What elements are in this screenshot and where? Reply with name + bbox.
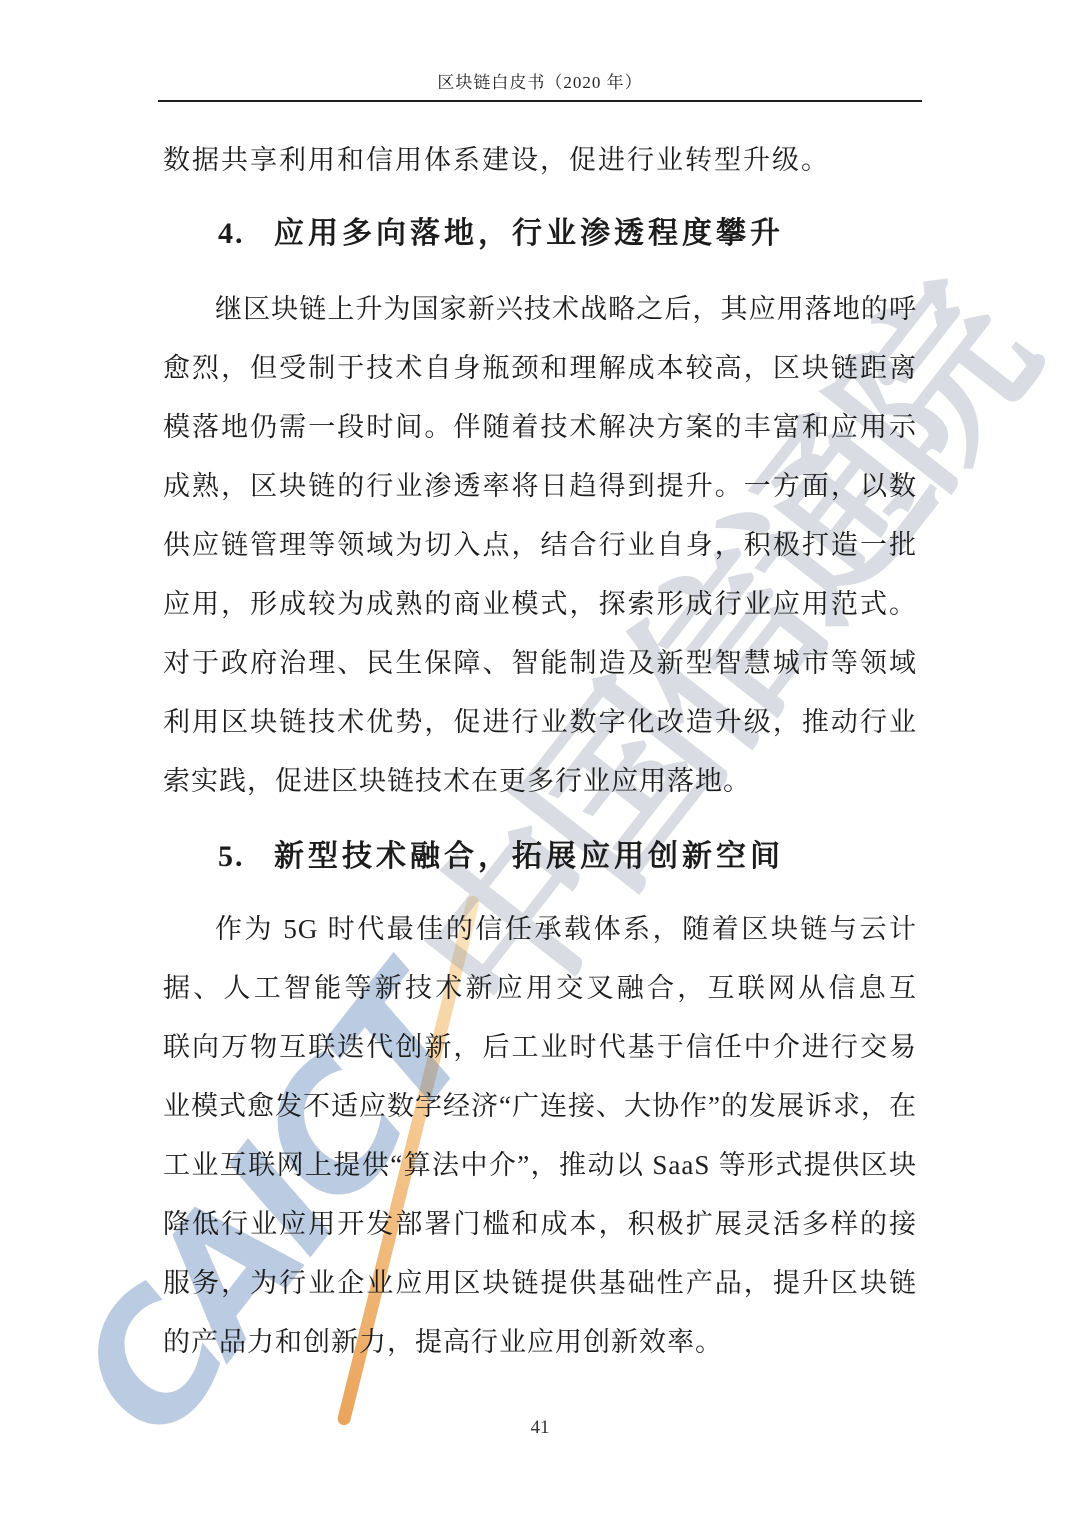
body-line: 利用区块链技术优势，促进行业数字化改造升级，推动行业全方位探 xyxy=(163,693,917,752)
body-line: 据、人工智能等新技术新应用交叉融合，互联网从信息互联、人人互 xyxy=(163,959,917,1018)
section-4-paragraph: 继区块链上升为国家新兴技术战略之后，其应用落地的呼声愈演 愈烈，但受制于技术自身… xyxy=(163,280,917,811)
section-4-title: 应用多向落地，行业渗透程度攀升 xyxy=(274,212,784,256)
body-line: 降低行业应用开发部署门槛和成本，积极扩展灵活多样的接入和增值 xyxy=(163,1195,917,1254)
paragraph-continuation-line: 数据共享利用和信用体系建设，促进行业转型升级。 xyxy=(163,138,917,182)
section-5-title: 新型技术融合，拓展应用创新空间 xyxy=(274,835,784,879)
section-heading-5: 5. 新型技术融合，拓展应用创新空间 xyxy=(163,835,917,879)
body-line: 索实践，促进区块链技术在更多行业应用落地。 xyxy=(163,752,917,811)
page-number: 41 xyxy=(0,1416,1080,1440)
body-line: 成熟，区块链的行业渗透率将日趋得到提升。一方面，以数字金融、 xyxy=(163,457,917,516)
section-4-number: 4. xyxy=(218,212,245,256)
body-line: 模落地仍需一段时间。伴随着技术解决方案的丰富和应用示范标杆的 xyxy=(163,398,917,457)
body-line: 继区块链上升为国家新兴技术战略之后，其应用落地的呼声愈演 xyxy=(163,280,917,339)
body-line: 愈烈，但受制于技术自身瓶颈和理解成本较高，区块链距离真正大规 xyxy=(163,339,917,398)
section-heading-4: 4. 应用多向落地，行业渗透程度攀升 xyxy=(163,212,917,256)
section-5-number: 5. xyxy=(218,835,245,879)
body-line: 联向万物互联迭代创新，后工业时代基于信任中介进行交易契约的商 xyxy=(163,1018,917,1077)
section-5-paragraph: 作为 5G 时代最佳的信任承载体系，随着区块链与云计算、大数 据、人工智能等新技… xyxy=(163,900,917,1372)
body-line: 作为 5G 时代最佳的信任承载体系，随着区块链与云计算、大数 xyxy=(163,900,917,959)
body-line: 业模式愈发不适应数字经济“广连接、大协作”的发展诉求，在互联网、 xyxy=(163,1077,917,1136)
body-line: 供应链管理等领域为切入点，结合行业自身，积极打造一批行业示范 xyxy=(163,516,917,575)
body-line: 服务，为行业企业应用区块链提供基础性产品，提升区块链服务企业 xyxy=(163,1254,917,1313)
text-column: 数据共享利用和信用体系建设，促进行业转型升级。 4. 应用多向落地，行业渗透程度… xyxy=(163,138,917,1372)
body-line: 对于政府治理、民生保障、智能制造及新型智慧城市等领域全面布局， xyxy=(163,634,917,693)
header-rule-divider xyxy=(158,100,922,102)
page-content: 区块链白皮书（2020 年） 数据共享利用和信用体系建设，促进行业转型升级。 4… xyxy=(0,72,1080,1440)
document-page: CAICT 中国信通院 区块链白皮书（2020 年） 数据共享利用和信用体系建设… xyxy=(0,0,1080,1528)
body-line: 应用，形成较为成熟的商业模式，探索形成行业应用范式。另一方面， xyxy=(163,575,917,634)
body-line: 的产品力和创新力，提高行业应用创新效率。 xyxy=(163,1313,917,1372)
body-line: 工业互联网上提供“算法中介”，推动以 SaaS 等形式提供区块链服务， xyxy=(163,1136,917,1195)
running-header-title: 区块链白皮书（2020 年） xyxy=(0,72,1080,94)
